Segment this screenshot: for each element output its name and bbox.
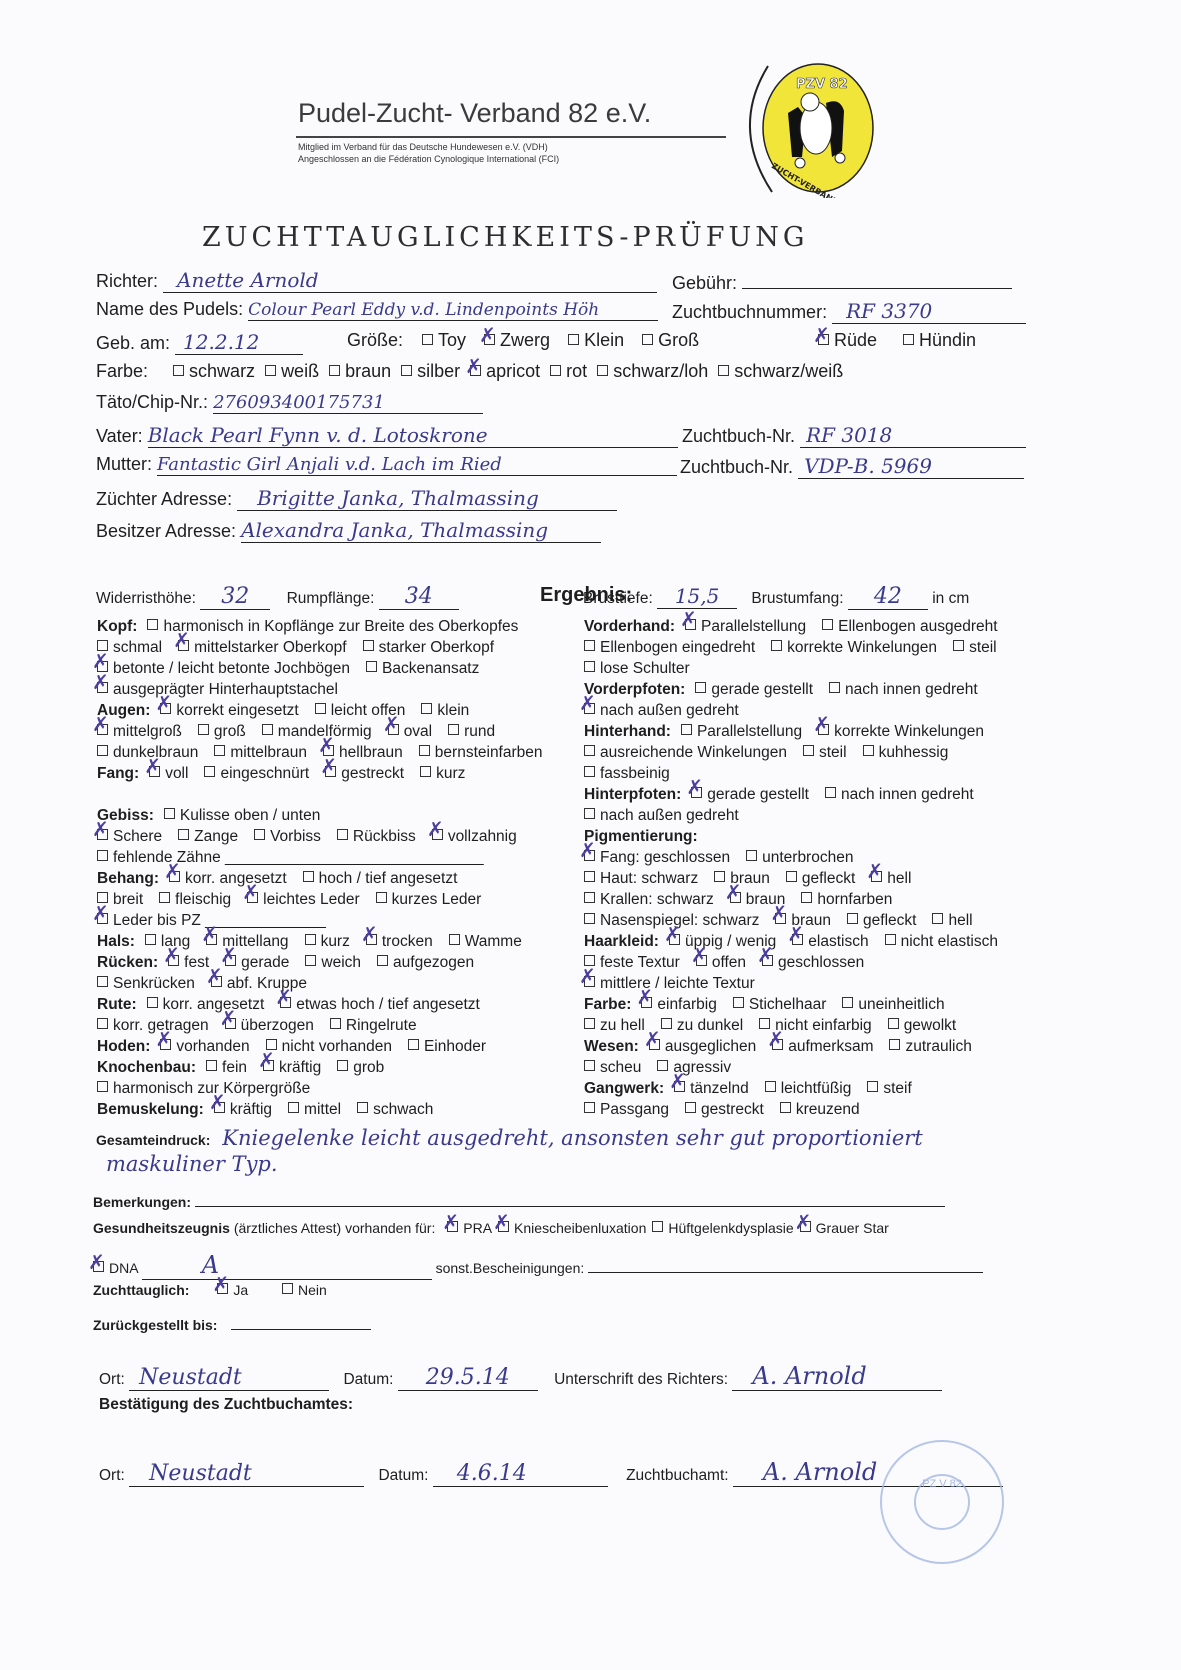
option-zwerg[interactable]: Zwerg	[484, 330, 550, 351]
zuechter-field[interactable]: Brigitte Janka, Thalmassing	[237, 486, 617, 511]
checkbox[interactable]	[584, 745, 595, 756]
option-zange[interactable]: Zange	[178, 826, 238, 848]
checkbox[interactable]	[584, 661, 595, 672]
checkbox[interactable]	[363, 640, 374, 651]
checkbox[interactable]	[421, 703, 432, 714]
checkbox[interactable]	[211, 976, 222, 987]
checkbox[interactable]	[584, 703, 595, 714]
option-nicht-elastisch[interactable]: nicht elastisch	[885, 931, 998, 953]
checkbox[interactable]	[145, 934, 156, 945]
checkbox[interactable]	[696, 955, 707, 966]
checkbox[interactable]	[584, 850, 595, 861]
gesamt-text-2[interactable]: maskuliner Typ.	[106, 1152, 278, 1176]
checkbox[interactable]	[225, 1018, 236, 1029]
checkbox[interactable]	[847, 913, 858, 924]
checkbox[interactable]	[419, 745, 430, 756]
option-mittelgroß[interactable]: mittelgroß	[97, 721, 182, 743]
checkbox[interactable]	[263, 1060, 274, 1071]
vater-zb-field[interactable]: RF 3018	[800, 423, 1026, 448]
checkbox[interactable]	[584, 1102, 595, 1113]
checkbox[interactable]	[225, 955, 236, 966]
checkbox[interactable]	[265, 365, 276, 376]
checkbox[interactable]	[147, 997, 158, 1008]
name-field[interactable]: Colour Pearl Eddy v.d. Lindenpoints Höh	[248, 300, 658, 321]
option-betonte-leicht-betonte-jochbögen[interactable]: betonte / leicht betonte Jochbögen	[97, 658, 350, 680]
nein-checkbox[interactable]	[282, 1283, 293, 1294]
checkbox[interactable]	[147, 619, 158, 630]
checkbox[interactable]	[376, 892, 387, 903]
option-fang-geschlossen[interactable]: Fang: geschlossen	[584, 847, 730, 869]
checkbox[interactable]	[584, 808, 595, 819]
checkbox[interactable]	[160, 703, 171, 714]
checkbox[interactable]	[214, 1102, 225, 1113]
checkbox[interactable]	[889, 1039, 900, 1050]
option-elastisch[interactable]: elastisch	[792, 931, 868, 953]
option-gefleckt[interactable]: gefleckt	[786, 868, 855, 890]
checkbox[interactable]	[357, 1102, 368, 1113]
option-einfarbig[interactable]: einfarbig	[641, 994, 716, 1016]
option-korr-angesetzt[interactable]: korr. angesetzt	[169, 868, 287, 890]
option-label: oval	[404, 723, 432, 740]
vater-field[interactable]: Black Pearl Fynn v. d. Lotoskrone	[148, 423, 678, 448]
checkbox[interactable]	[822, 619, 833, 630]
checkbox[interactable]	[800, 1221, 811, 1232]
rumpf-field[interactable]: 34	[379, 584, 459, 610]
zuechter-row: Züchter Adresse: Brigitte Janka, Thalmas…	[96, 486, 617, 511]
checkbox[interactable]	[733, 997, 744, 1008]
option-senkrücken[interactable]: Senkrücken	[97, 973, 195, 995]
option-aufgezogen[interactable]: aufgezogen	[377, 952, 474, 974]
checkbox[interactable]	[97, 976, 108, 987]
option-wamme[interactable]: Wamme	[449, 931, 522, 953]
option-grauer-star[interactable]: Grauer Star	[800, 1220, 889, 1236]
checkbox[interactable]	[786, 871, 797, 882]
checkbox[interactable]	[765, 1081, 776, 1092]
checkbox[interactable]	[863, 745, 874, 756]
checkbox[interactable]	[691, 787, 702, 798]
option-korrekte-winkelungen[interactable]: korrekte Winkelungen	[771, 637, 937, 659]
rumpf-label: Rumpflänge:	[287, 590, 375, 607]
option-etwas-hoch-tief-angesetzt[interactable]: etwas hoch / tief angesetzt	[280, 994, 480, 1016]
option-parallelstellung[interactable]: Parallelstellung	[681, 721, 802, 743]
ort-field-2[interactable]: Neustadt	[129, 1461, 364, 1487]
checkbox[interactable]	[674, 1081, 685, 1092]
option-schwarz[interactable]: schwarz	[173, 361, 255, 382]
checkbox[interactable]	[649, 1039, 660, 1050]
checkbox[interactable]	[584, 1018, 595, 1029]
checkbox[interactable]	[159, 892, 170, 903]
option-offen[interactable]: offen	[696, 952, 746, 974]
option-fassbeinig[interactable]: fassbeinig	[584, 763, 670, 785]
checkbox[interactable]	[305, 934, 316, 945]
checkbox[interactable]	[288, 1102, 299, 1113]
option-mandelförmig[interactable]: mandelförmig	[262, 721, 372, 743]
option-einhoder[interactable]: Einhoder	[408, 1036, 486, 1058]
checkbox[interactable]	[366, 661, 377, 672]
option-kurzes-leder[interactable]: kurzes Leder	[376, 889, 482, 911]
checkbox[interactable]	[584, 892, 595, 903]
checkbox[interactable]	[792, 934, 803, 945]
ja-checkbox[interactable]	[217, 1283, 228, 1294]
option-abf-kruppe[interactable]: abf. Kruppe	[211, 973, 307, 995]
checkbox[interactable]	[470, 365, 481, 376]
option-label: Grauer Star	[816, 1220, 889, 1236]
option-braun[interactable]: braun	[714, 868, 770, 890]
checkbox[interactable]	[160, 1039, 171, 1050]
option-schwarz-weiß[interactable]: schwarz/weiß	[718, 361, 843, 382]
checkbox[interactable]	[169, 871, 180, 882]
option-mittlere-leichte-textur[interactable]: mittlere / leichte Textur	[584, 973, 755, 995]
checkbox[interactable]	[97, 682, 108, 693]
checkbox[interactable]	[206, 934, 217, 945]
option-gefleckt[interactable]: gefleckt	[847, 910, 916, 932]
option-kurz[interactable]: kurz	[305, 931, 350, 953]
checkbox[interactable]	[97, 1018, 108, 1029]
checkbox[interactable]	[669, 934, 680, 945]
gesamt-text-1[interactable]: Kniegelenke leicht ausgedreht, ansonsten…	[222, 1126, 922, 1150]
checkbox[interactable]	[198, 724, 209, 735]
dna-field[interactable]: A	[142, 1251, 432, 1280]
option-feste-textur[interactable]: feste Textur	[584, 952, 680, 974]
option-hell[interactable]: hell	[871, 868, 911, 890]
option-klein[interactable]: Klein	[568, 330, 624, 351]
checkbox[interactable]	[305, 955, 316, 966]
checkbox[interactable]	[449, 934, 460, 945]
option-toy[interactable]: Toy	[422, 330, 466, 351]
option-hoch-tief-angesetzt[interactable]: hoch / tief angesetzt	[303, 868, 458, 890]
option-kurz[interactable]: kurz	[420, 763, 465, 785]
checkbox[interactable]	[550, 365, 561, 376]
checkbox[interactable]	[584, 871, 595, 882]
option-überzogen[interactable]: überzogen	[225, 1015, 314, 1037]
option-kuhhessig[interactable]: kuhhessig	[863, 742, 949, 764]
checkbox[interactable]	[97, 850, 108, 861]
option-weich[interactable]: weich	[305, 952, 361, 974]
checkbox[interactable]	[953, 640, 964, 651]
option-label: zu dunkel	[677, 1017, 743, 1034]
left-criteria-column: Kopf:harmonisch in Kopflänge zur Breite …	[97, 616, 567, 1120]
checkbox[interactable]	[829, 682, 840, 693]
option-label: braun	[345, 361, 391, 381]
option-rüde[interactable]: Rüde	[818, 330, 877, 351]
option-rund[interactable]: rund	[448, 721, 495, 743]
checkbox[interactable]	[685, 1102, 696, 1113]
checkbox[interactable]	[568, 334, 579, 345]
option-fleischig[interactable]: fleischig	[159, 889, 231, 911]
option-korrekt-eingesetzt[interactable]: korrekt eingesetzt	[160, 700, 298, 722]
ort-field-1[interactable]: Neustadt	[129, 1365, 329, 1391]
option-gewolkt[interactable]: gewolkt	[888, 1015, 957, 1037]
option-fein[interactable]: fein	[206, 1057, 247, 1079]
checkbox[interactable]	[730, 892, 741, 903]
checkbox[interactable]	[685, 619, 696, 630]
option-stichelhaar[interactable]: Stichelhaar	[733, 994, 827, 1016]
sonst-field[interactable]	[588, 1256, 983, 1273]
option-korrekte-winkelungen[interactable]: korrekte Winkelungen	[818, 721, 984, 743]
option-kräftig[interactable]: kräftig	[214, 1099, 272, 1121]
criteria-label: Fang:	[97, 765, 139, 782]
option-uneinheitlich[interactable]: uneinheitlich	[842, 994, 944, 1016]
option-ringelrute[interactable]: Ringelrute	[330, 1015, 417, 1037]
checkbox[interactable]	[780, 1102, 791, 1113]
option-schwarz-loh[interactable]: schwarz/loh	[597, 361, 708, 382]
checkbox[interactable]	[842, 997, 853, 1008]
option-hornfarben[interactable]: hornfarben	[801, 889, 892, 911]
checkbox[interactable]	[337, 829, 348, 840]
option-mittellang[interactable]: mittellang	[206, 931, 288, 953]
option-nach-außen-gedreht[interactable]: nach außen gedreht	[584, 700, 739, 722]
checkbox[interactable]	[97, 1081, 108, 1092]
checkbox[interactable]	[584, 766, 595, 777]
brusttiefe-field[interactable]: 15,5	[657, 584, 737, 609]
option-korr-getragen[interactable]: korr. getragen	[97, 1015, 209, 1037]
option-schwach[interactable]: schwach	[357, 1099, 433, 1121]
zuchtbuchamt-label: Zuchtbuchamt:	[626, 1467, 729, 1484]
option-voll[interactable]: voll	[149, 763, 188, 785]
checkbox[interactable]	[254, 829, 265, 840]
checkbox[interactable]	[825, 787, 836, 798]
checkbox[interactable]	[657, 1060, 668, 1071]
checkbox[interactable]	[681, 724, 692, 735]
option-pra[interactable]: PRA	[447, 1220, 492, 1236]
checkbox[interactable]	[771, 640, 782, 651]
checkbox[interactable]	[408, 1039, 419, 1050]
chip-field[interactable]: 276093400175731	[213, 392, 483, 414]
option-apricot[interactable]: apricot	[470, 361, 540, 382]
checkbox[interactable]	[714, 871, 725, 882]
checkbox[interactable]	[818, 724, 829, 735]
option-grob[interactable]: grob	[337, 1057, 384, 1079]
checkbox[interactable]	[97, 724, 108, 735]
option-rückbiss[interactable]: Rückbiss	[337, 826, 416, 848]
checkbox[interactable]	[178, 829, 189, 840]
option-nach-innen-gedreht[interactable]: nach innen gedreht	[825, 784, 974, 806]
bemerkungen-field[interactable]	[195, 1190, 945, 1207]
dna-checkbox[interactable]	[93, 1261, 104, 1272]
checkbox[interactable]	[366, 934, 377, 945]
gebuehr-field[interactable]	[742, 268, 1012, 289]
option-tänzelnd[interactable]: tänzelnd	[674, 1078, 749, 1100]
farbe-options: schwarzweißbraunsilberapricotrotschwarz/…	[173, 361, 853, 381]
checkbox[interactable]	[695, 682, 706, 693]
checkbox[interactable]	[718, 365, 729, 376]
option-leichtfüßig[interactable]: leichtfüßig	[765, 1078, 852, 1100]
checkbox[interactable]	[484, 334, 495, 345]
checkbox[interactable]	[661, 1018, 672, 1029]
checkbox[interactable]	[597, 365, 608, 376]
option-groß[interactable]: Groß	[642, 330, 699, 351]
option-ausreichende-winkelungen[interactable]: ausreichende Winkelungen	[584, 742, 787, 764]
option-kräftig[interactable]: kräftig	[263, 1057, 321, 1079]
checkbox[interactable]	[420, 766, 431, 777]
checkbox[interactable]	[97, 913, 108, 924]
checkbox[interactable]	[168, 955, 179, 966]
option-bernsteinfarben[interactable]: bernsteinfarben	[419, 742, 543, 764]
datum-field-2[interactable]: 4.6.14	[433, 1461, 608, 1487]
option-rot[interactable]: rot	[550, 361, 587, 382]
option-schere[interactable]: Schere	[97, 826, 162, 848]
checkbox[interactable]	[498, 1221, 509, 1232]
option-mittelstarker-oberkopf[interactable]: mittelstarker Oberkopf	[178, 637, 346, 659]
brustumfang-field[interactable]: 42	[848, 584, 928, 610]
option-unterbrochen[interactable]: unterbrochen	[746, 847, 853, 869]
option-korr-angesetzt[interactable]: korr. angesetzt	[147, 994, 265, 1016]
checkbox[interactable]	[401, 365, 412, 376]
checkbox[interactable]	[775, 913, 786, 924]
option-fehlende-zähne-[interactable]: fehlende Zähne _________________________…	[97, 847, 484, 869]
checkbox[interactable]	[584, 640, 595, 651]
option-nach-außen-gedreht[interactable]: nach außen gedreht	[584, 805, 739, 827]
checkbox[interactable]	[903, 334, 914, 345]
checkbox[interactable]	[447, 1221, 458, 1232]
mutter-zb-field[interactable]: VDP-B. 5969	[798, 454, 1024, 479]
option-passgang[interactable]: Passgang	[584, 1099, 669, 1121]
option-ellenbogen-eingedreht[interactable]: Ellenbogen eingedreht	[584, 637, 755, 659]
option-starker-oberkopf[interactable]: starker Oberkopf	[363, 637, 494, 659]
checkbox[interactable]	[330, 1018, 341, 1029]
checkbox[interactable]	[584, 1060, 595, 1071]
checkbox[interactable]	[164, 808, 175, 819]
option-kulisse-oben-unten[interactable]: Kulisse oben / unten	[164, 805, 320, 827]
option-zu-dunkel[interactable]: zu dunkel	[661, 1015, 743, 1037]
richter-field[interactable]: Anette Arnold	[163, 268, 657, 293]
checkbox[interactable]	[178, 640, 189, 651]
option-silber[interactable]: silber	[401, 361, 460, 382]
checkbox[interactable]	[642, 334, 653, 345]
option-gerade-gestellt[interactable]: gerade gestellt	[695, 679, 813, 701]
checkbox[interactable]	[204, 766, 215, 777]
checkbox[interactable]	[206, 1060, 217, 1071]
option-hündin[interactable]: Hündin	[903, 330, 976, 351]
option-hüftgelenkdysplasie[interactable]: Hüftgelenkdysplasie	[652, 1220, 793, 1236]
checkbox[interactable]	[337, 1060, 348, 1071]
richter-signature[interactable]: A. Arnold	[732, 1362, 942, 1391]
option-hell[interactable]: hell	[932, 910, 972, 932]
option-ellenbogen-ausgedreht[interactable]: Ellenbogen ausgedreht	[822, 616, 997, 638]
option-backenansatz[interactable]: Backenansatz	[366, 658, 479, 680]
checkbox[interactable]	[762, 955, 773, 966]
option-vollzahnig[interactable]: vollzahnig	[432, 826, 517, 848]
checkbox[interactable]	[280, 997, 291, 1008]
option-vorhanden[interactable]: vorhanden	[160, 1036, 249, 1058]
option-zutraulich[interactable]: zutraulich	[889, 1036, 971, 1058]
option-gestreckt[interactable]: gestreckt	[325, 763, 404, 785]
zurueck-field[interactable]	[231, 1313, 371, 1330]
option-fest[interactable]: fest	[168, 952, 209, 974]
checkbox[interactable]	[867, 1081, 878, 1092]
option-vorbiss[interactable]: Vorbiss	[254, 826, 321, 848]
option-ausgeglichen[interactable]: ausgeglichen	[649, 1036, 756, 1058]
option-nach-innen-gedreht[interactable]: nach innen gedreht	[829, 679, 978, 701]
checkbox[interactable]	[888, 1018, 899, 1029]
checkbox[interactable]	[377, 955, 388, 966]
option-gestreckt[interactable]: gestreckt	[685, 1099, 764, 1121]
option-label: einfarbig	[657, 996, 716, 1013]
option-trocken[interactable]: trocken	[366, 931, 433, 953]
option-gerade[interactable]: gerade	[225, 952, 289, 974]
option-steif[interactable]: steif	[867, 1078, 911, 1100]
option-nicht-vorhanden[interactable]: nicht vorhanden	[266, 1036, 392, 1058]
checkbox[interactable]	[303, 871, 314, 882]
zuchtbuchnummer-field[interactable]: RF 3370	[832, 299, 1026, 324]
geb-field[interactable]: 12.2.12	[175, 330, 303, 355]
option-steil[interactable]: steil	[803, 742, 847, 764]
checkbox[interactable]	[584, 913, 595, 924]
criteria-label: Gangwerk:	[584, 1080, 664, 1097]
checkbox[interactable]	[641, 997, 652, 1008]
datum-field-1[interactable]: 29.5.14	[398, 1365, 538, 1391]
option-zu-hell[interactable]: zu hell	[584, 1015, 645, 1037]
checkbox[interactable]	[801, 892, 812, 903]
checkbox[interactable]	[315, 703, 326, 714]
checkbox[interactable]	[932, 913, 943, 924]
checkbox[interactable]	[97, 745, 108, 756]
checkbox[interactable]	[818, 334, 829, 345]
option-klein[interactable]: klein	[421, 700, 469, 722]
checkbox[interactable]	[247, 892, 258, 903]
option-harmonisch-in-kopflänge-zur-breite-des-oberkopfes[interactable]: harmonisch in Kopflänge zur Breite des O…	[147, 616, 518, 638]
checkbox[interactable]	[448, 724, 459, 735]
checkbox[interactable]	[871, 871, 882, 882]
option-ausgeprägter-hinterhauptstachel[interactable]: ausgeprägter Hinterhauptstachel	[97, 679, 338, 701]
checkbox[interactable]	[262, 724, 273, 735]
geschlecht-row: RüdeHündin	[818, 330, 1002, 351]
checkbox[interactable]	[584, 976, 595, 987]
option-harmonisch-zur-körpergröße[interactable]: harmonisch zur Körpergröße	[97, 1078, 310, 1100]
checkbox[interactable]	[149, 766, 160, 777]
option-label: Stichelhaar	[749, 996, 827, 1013]
option-mittel[interactable]: mittel	[288, 1099, 341, 1121]
option-leichtes-leder[interactable]: leichtes Leder	[247, 889, 360, 911]
checkbox[interactable]	[432, 829, 443, 840]
checkbox[interactable]	[329, 365, 340, 376]
option-label: kurzes Leder	[392, 891, 482, 908]
checkbox[interactable]	[885, 934, 896, 945]
option-haut-schwarz[interactable]: Haut: schwarz	[584, 868, 698, 890]
checkbox[interactable]	[652, 1221, 663, 1232]
mutter-field[interactable]: Fantastic Girl Anjali v.d. Lach im Ried	[157, 454, 677, 476]
option-kniescheibenluxation[interactable]: Kniescheibenluxation	[498, 1220, 646, 1236]
option-geschlossen[interactable]: geschlossen	[762, 952, 864, 974]
option-steil[interactable]: steil	[953, 637, 997, 659]
checkbox[interactable]	[388, 724, 399, 735]
widerrist-field[interactable]: 32	[200, 584, 270, 610]
option-mittelbraun[interactable]: mittelbraun	[214, 742, 307, 764]
checkbox[interactable]	[803, 745, 814, 756]
gesundheit-row: Gesundheitszeugnis (ärztliches Attest) v…	[93, 1220, 895, 1236]
option-groß[interactable]: groß	[198, 721, 246, 743]
option-krallen-schwarz[interactable]: Krallen: schwarz	[584, 889, 714, 911]
checkbox[interactable]	[173, 365, 184, 376]
checkbox[interactable]	[422, 334, 433, 345]
checkbox[interactable]	[772, 1039, 783, 1050]
option-scheu[interactable]: scheu	[584, 1057, 641, 1079]
option-oval[interactable]: oval	[388, 721, 432, 743]
besitzer-field[interactable]: Alexandra Janka, Thalmassing	[241, 518, 601, 543]
option-aufmerksam[interactable]: aufmerksam	[772, 1036, 873, 1058]
option-weiß[interactable]: weiß	[265, 361, 319, 382]
checkbox[interactable]	[97, 829, 108, 840]
option-gerade-gestellt[interactable]: gerade gestellt	[691, 784, 809, 806]
option-parallelstellung[interactable]: Parallelstellung	[685, 616, 806, 638]
option-kreuzend[interactable]: kreuzend	[780, 1099, 860, 1121]
option-lose-schulter[interactable]: lose Schulter	[584, 658, 690, 680]
checkbox[interactable]	[746, 850, 757, 861]
option-braun[interactable]: braun	[329, 361, 391, 382]
option-eingeschnürt[interactable]: eingeschnürt	[204, 763, 309, 785]
checkbox[interactable]	[325, 766, 336, 777]
checkbox[interactable]	[214, 745, 225, 756]
